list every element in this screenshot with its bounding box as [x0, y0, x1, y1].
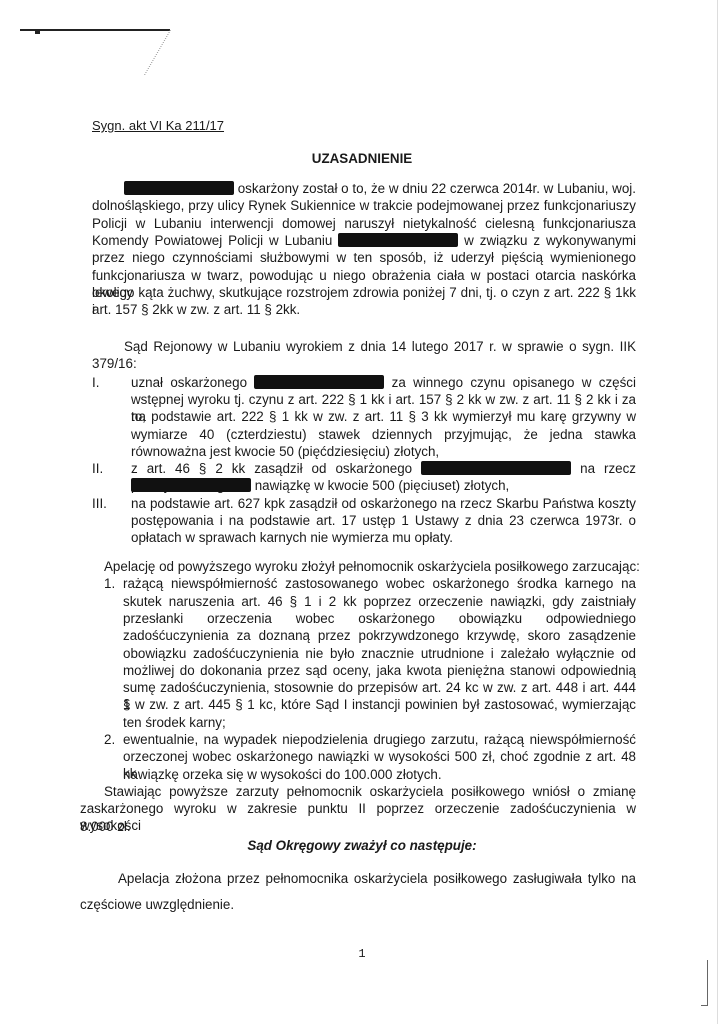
case-signature: Sygn. akt VI Ka 211/17: [92, 117, 224, 134]
appeal-request-line: 8.000 zł.: [80, 818, 131, 835]
judgment-intro-line: 379/16:: [92, 355, 137, 372]
appeal-point-line: ten środek karny;: [123, 714, 226, 731]
appeal-numeral: 1.: [104, 575, 115, 592]
intro-line: Komendy Powiatowej Policji w Lubaniu w z…: [92, 232, 636, 249]
appeal-point-line: przesłanki orzeczenia wobec oskarżonego …: [123, 610, 636, 627]
binding-mark: [701, 960, 708, 1006]
judgment-point-line: opłatach w sprawach karnych nie wymierza…: [131, 529, 453, 546]
redacted-name: [254, 375, 384, 389]
point-numeral: II.: [92, 460, 122, 477]
appeal-request-line: zaskarżonego wyroku w zakresie punktu II…: [80, 800, 636, 834]
appeal-point-line: ewentualnie, na wypadek niepodzielenia d…: [123, 731, 636, 748]
page-number: 1: [0, 946, 724, 963]
redacted-name: [124, 181, 234, 195]
appeal-intro: Apelację od powyższego wyroku złożył peł…: [104, 558, 640, 575]
judgment-point-line: uznał oskarżonego za winnego czynu opisa…: [131, 374, 636, 391]
redacted-name: [338, 233, 458, 247]
judgment-point-line: na podstawie art. 222 § 1 kk w zw. z art…: [131, 408, 636, 425]
intro-line: dolnośląskiego, przy ulicy Rynek Sukienn…: [92, 197, 636, 214]
appeal-point-line: nawiązkę orzeka się w wysokości do 100.0…: [123, 766, 442, 783]
judgment-point-line: na podstawie art. 627 kpk zasądził od os…: [131, 495, 636, 512]
judgment-point-line: równoważna jest kwocie 50 (pięćdziesięci…: [131, 443, 439, 460]
judgment-point-line: postępowania i na podstawie art. 17 ustę…: [131, 512, 636, 529]
conclusion-line: częściowe uwzględnienie.: [80, 896, 234, 913]
judgment-point-line: nawiązkę w kwocie 500 (pięciuset) złotyc…: [131, 477, 509, 494]
document-page: Sygn. akt VI Ka 211/17 UZASADNIENIE oska…: [0, 0, 724, 1024]
appeal-point-line: 1 w zw. z art. 445 § 1 kc, które Sąd I i…: [123, 696, 636, 713]
document-title: UZASADNIENIE: [0, 150, 724, 167]
intro-first-line: oskarżony został o to, że w dniu 22 czer…: [124, 180, 636, 197]
redacted-name: [131, 478, 251, 492]
intro-line: Policji w Lubaniu interwencji domowej na…: [92, 215, 636, 232]
judgment-point-line: wymiarze 40 (czterdziestu) stawek dzienn…: [131, 426, 636, 443]
appeal-point-line: rażącą niewspółmierność zastosowanego wo…: [123, 575, 636, 592]
appeal-point-line: zadośćuczynienia za doznaną przez pokrzy…: [123, 627, 636, 644]
scan-mark-diagonal: [104, 30, 171, 75]
scan-mark-dot: [35, 30, 40, 34]
appeal-request-line: Stawiając powyższe zarzuty pełnomocnik o…: [104, 783, 636, 800]
point-numeral: III.: [92, 495, 122, 512]
section-heading: Sąd Okręgowy zważył co następuje:: [0, 837, 724, 854]
conclusion-line: Apelacja złożona przez pełnomocnika oska…: [118, 870, 636, 887]
intro-line: przez niego czynnościami służbowymi w te…: [92, 249, 636, 266]
appeal-point-line: skutek naruszenia art. 46 § 1 i 2 kk pop…: [123, 593, 636, 610]
point-numeral: I.: [92, 374, 122, 391]
judgment-intro-line: Sąd Rejonowy w Lubaniu wyrokiem z dnia 1…: [124, 338, 636, 355]
intro-line: art. 157 § 2kk w zw. z art. 11 § 2kk.: [92, 301, 300, 318]
appeal-point-line: obowiązku zadośćuczynienia nie było znac…: [123, 645, 636, 662]
redacted-name: [421, 461, 571, 475]
appeal-point-line: możliwej do dokonania przez sąd oceny, j…: [123, 662, 636, 679]
appeal-numeral: 2.: [104, 731, 115, 748]
